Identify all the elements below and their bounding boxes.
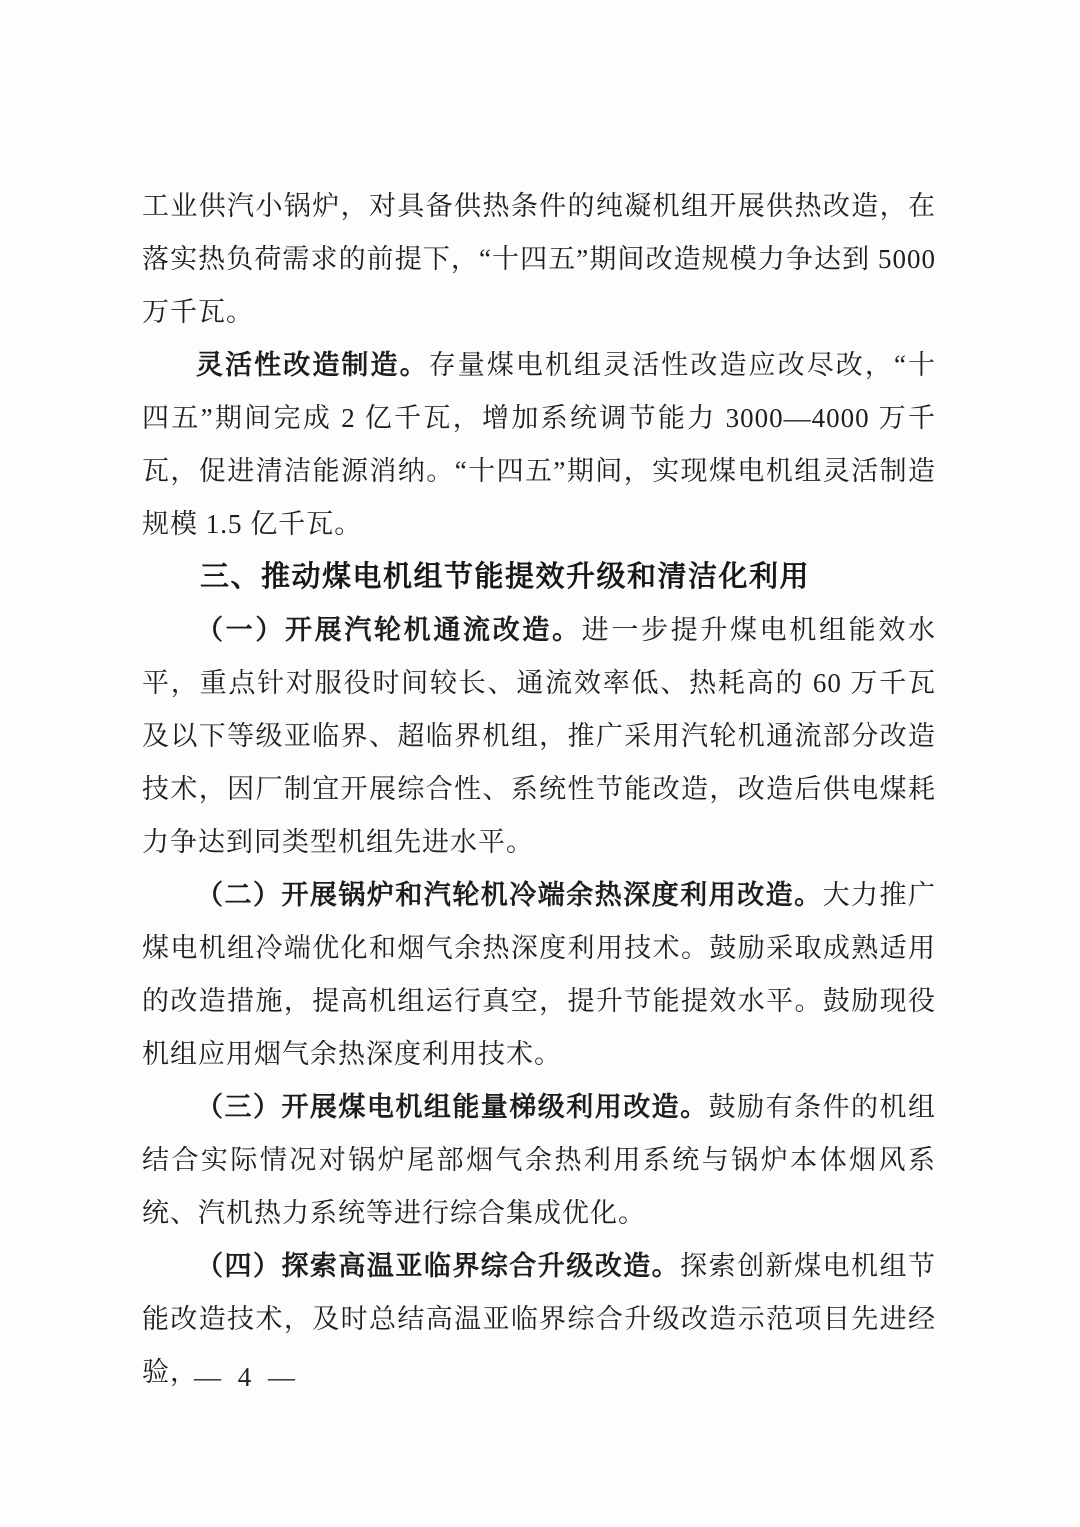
paragraph-item-1-turbine-flow: （一）开展汽轮机通流改造。进一步提升煤电机组能效水平，重点针对服役时间较长、通流… bbox=[142, 604, 936, 869]
document-page: 工业供汽小锅炉，对具备供热条件的纯凝机组开展供热改造，在落实热负荷需求的前提下，… bbox=[0, 0, 1080, 1527]
paragraph-lead: （四）探索高温亚临界综合升级改造。 bbox=[196, 1251, 680, 1281]
paragraph-text: 工业供汽小锅炉，对具备供热条件的纯凝机组开展供热改造，在落实热负荷需求的前提下，… bbox=[142, 191, 936, 327]
paragraph-item-2-waste-heat: （二）开展锅炉和汽轮机冷端余热深度利用改造。大力推广煤电机组冷端优化和烟气余热深… bbox=[142, 869, 936, 1081]
page-number-footer: — 4 — bbox=[194, 1351, 300, 1404]
paragraph-lead: 灵活性改造制造。 bbox=[196, 350, 429, 380]
section-heading-3: 三、推动煤电机组节能提效升级和清洁化利用 bbox=[142, 551, 936, 604]
paragraph-lead: （二）开展锅炉和汽轮机冷端余热深度利用改造。 bbox=[196, 880, 823, 910]
paragraph-text: 进一步提升煤电机组能效水平，重点针对服役时间较长、通流效率低、热耗高的 60 万… bbox=[142, 615, 936, 857]
paragraph-flexibility-retrofit: 灵活性改造制造。存量煤电机组灵活性改造应改尽改，“十四五”期间完成 2 亿千瓦，… bbox=[142, 339, 936, 551]
paragraph-item-3-energy-cascade: （三）开展煤电机组能量梯级利用改造。鼓励有条件的机组结合实际情况对锅炉尾部烟气余… bbox=[142, 1081, 936, 1240]
paragraph-lead: （一）开展汽轮机通流改造。 bbox=[196, 615, 582, 645]
paragraph-heating-retrofit: 工业供汽小锅炉，对具备供热条件的纯凝机组开展供热改造，在落实热负荷需求的前提下，… bbox=[142, 180, 936, 339]
paragraph-lead: （三）开展煤电机组能量梯级利用改造。 bbox=[196, 1092, 709, 1122]
document-body: 工业供汽小锅炉，对具备供热条件的纯凝机组开展供热改造，在落实热负荷需求的前提下，… bbox=[142, 180, 936, 1399]
